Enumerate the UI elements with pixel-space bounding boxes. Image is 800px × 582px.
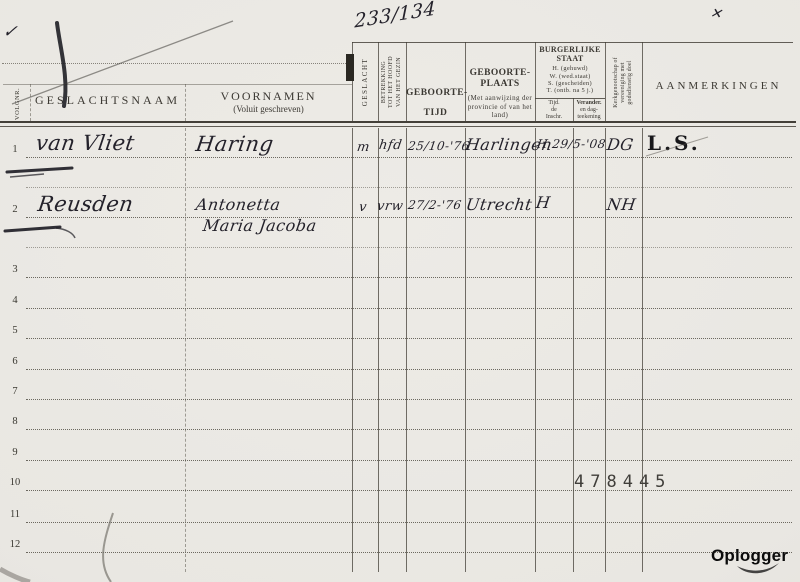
row-rule-line [26,522,792,523]
cell-aanmerkingen: L.S. [647,131,701,155]
column-header-label: vereeniging met [620,43,627,122]
cell-geslacht: m [356,140,371,155]
column-header-label: VOLGNR. [14,83,22,125]
cell-voornamen: Haring [194,132,275,156]
x-mark: ✕ [709,5,723,23]
column-header-label: PLAATS [465,79,535,90]
column-header-label: BETREKKING [381,42,388,122]
row-rule-line [26,338,792,339]
check-mark: ✓ [2,22,20,42]
oplogger-watermark: Oplogger [711,546,788,566]
column-header-tijd-inschr: Tijd. de Inschr. [535,100,573,122]
row-number: 3 [5,264,25,275]
column-header-label: VAN HET GEZIN [396,42,403,122]
column-header-label: BURGERLIJKE [536,45,604,54]
column-header-volgnr: VOLGNR. [6,83,30,125]
column-header-burgerlijke-staat: BURGERLIJKE STAAT H. (gehuwd) W. (wed.st… [536,45,604,95]
col-rule [642,128,643,572]
scanned-register-page: VOLGNR. GESLACHTSNAAM VOORNAMEN (Voluit … [0,0,800,582]
column-header-geslacht: GESLACHT [352,42,378,122]
row-number: 4 [5,295,25,306]
row-rule-line [26,187,792,188]
column-header-sublabel: Inschr. [535,114,573,121]
cell-kerk: DG [606,135,635,154]
column-header-label: godsdienstig doel [627,43,634,122]
cell-voornamen2: Maria Jacoba [202,216,318,235]
row-number: 2 [5,204,25,215]
column-header-sublabel: (Voluit geschreven) [185,104,352,115]
row-number: 1 [5,144,25,155]
col-rule [605,128,606,572]
column-header-sublabel: de [535,107,573,114]
column-header-sublabel: S. (gescheiden) [536,80,604,87]
column-header-sublabel: Tijd. [535,100,573,107]
header-dotted-rule [2,63,348,64]
cell-burgerlijke-staat: H [535,193,552,212]
column-header-geboortetijd: GEBOORTE- TIJD [406,88,465,120]
row-number: 11 [5,509,25,520]
row-rule-line [26,369,792,370]
row-rule-line [26,429,792,430]
column-header-betrekking: BETREKKING TOT HET HOOFD VAN HET GEZIN [378,42,406,122]
cell-geboortetijd: 27/2-'76 [407,198,463,212]
column-header-label: GEBOORTE- [406,88,465,99]
column-header-aanmerkingen: AANMERKINGEN [642,80,795,93]
col-rule [185,128,186,572]
column-header-sublabel: T. (ontb. na 5 j.) [536,87,604,94]
cell-geslacht: v [358,200,368,215]
row-rule-line [26,552,792,553]
name-header-top-rule [3,84,352,85]
cell-kerk: NH [606,195,638,214]
row-rule-line [26,460,792,461]
serial-number-stamp: 478445 [574,472,671,492]
column-header-label: STAAT [536,54,604,63]
row-rule-line [26,157,792,158]
column-header-label: AANMERKINGEN [656,80,782,92]
header-bottom-rule-2 [0,126,796,127]
cell-geslachtsnaam: van Vliet [34,131,136,155]
column-header-label: GESLACHTSNAAM [35,93,180,107]
row-rule-line [26,308,792,309]
column-header-verander: Verander. en dag- teekening [573,100,605,122]
column-header-label: GESLACHT [361,42,369,122]
column-header-sublabel: (Met aanwijzing der provincie of van het… [465,94,535,120]
col-rule [352,128,353,572]
row-number: 9 [5,447,25,458]
row-number: 5 [5,325,25,336]
column-header-sublabel: W. (wed.staat) [536,73,604,80]
column-header-kerkgenootschap: Kerkgenootschap of vereeniging met godsd… [605,43,642,122]
cell-voornamen: Antonetta [195,195,282,214]
staat-subheader-rule [535,98,605,99]
column-header-sublabel: en dag- [573,107,605,114]
column-header-label: TOT HET HOOFD [388,42,395,122]
column-header-label: TIJD [406,108,465,119]
column-header-geslachtsnaam: GESLACHTSNAAM [30,93,185,107]
col-rule [573,128,574,572]
cell-betrekking: hfd [378,138,403,153]
cell-geslachtsnaam: Reusden [36,192,135,216]
row-rule-line [26,277,792,278]
column-header-label: VOORNAMEN [185,89,352,103]
row-rule-line [26,247,792,248]
column-header-sublabel: Verander. [573,100,605,107]
column-header-sublabel: H. (gehuwd) [536,65,604,72]
col-rule [465,128,466,572]
column-header-label: Kerkgenootschap of [613,43,620,122]
column-header-label: GEBOORTE- [465,68,535,79]
cell-geboortetijd: 25/10-'76 [407,139,471,153]
row-rule-line [26,490,792,491]
row-number: 8 [5,416,25,427]
row-number: 12 [5,539,25,550]
cell-geboorteplaats: Utrecht [465,195,534,214]
header-top-rule [352,42,793,43]
column-header-sublabel: teekening [573,114,605,121]
row-rule-line [26,399,792,400]
column-header-geboorteplaats: GEBOORTE- PLAATS (Met aanwijzing der pro… [465,68,535,120]
col-rule [378,128,379,572]
col-rule [406,128,407,572]
cell-burgerlijke-staat: H 29/5-'08 [536,137,607,151]
row-number: 7 [5,386,25,397]
row-number: 6 [5,356,25,367]
column-header-voornamen: VOORNAMEN (Voluit geschreven) [185,89,352,115]
row-number: 10 [5,477,25,488]
cell-betrekking: vrw [376,199,404,214]
col-rule [535,128,536,572]
doc-number-annotation: 233/134 [354,0,436,33]
row-rule-line [26,217,792,218]
